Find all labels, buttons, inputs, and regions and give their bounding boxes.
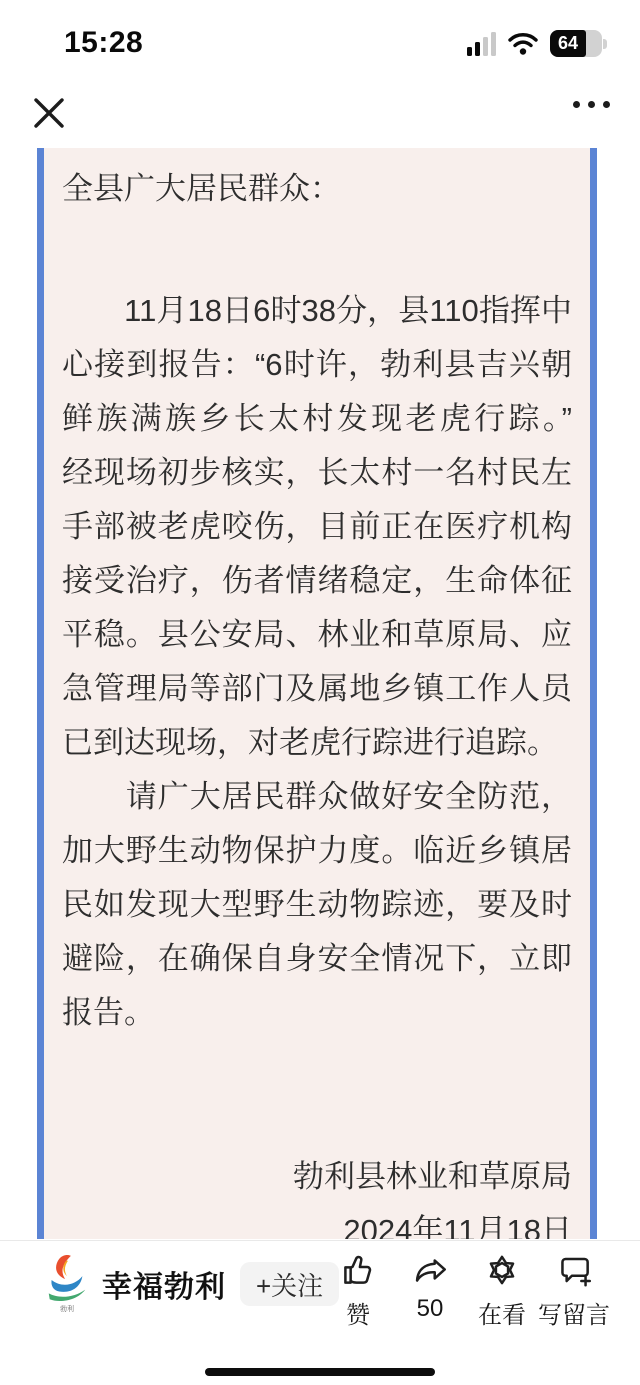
like-button[interactable]: 赞 bbox=[322, 1249, 394, 1330]
notice-line: 民如发现大型野生动物踪迹，要及时 bbox=[62, 878, 572, 932]
more-options-icon[interactable] bbox=[573, 101, 610, 108]
account-info[interactable]: 勃利 幸福勃利 +关注 bbox=[42, 1253, 339, 1315]
battery-percent: 64 bbox=[550, 30, 586, 57]
share-count-label: 50 bbox=[417, 1295, 444, 1323]
account-name: 幸福勃利 bbox=[102, 1262, 226, 1306]
status-time: 15:28 bbox=[64, 26, 143, 60]
notice-line: 加大野生动物保护力度。临近乡镇居 bbox=[62, 824, 572, 878]
notice-text: 全县广大居民群众： 11月18日6时38分，县110指挥中心接到报告：“6时许，… bbox=[44, 148, 590, 1239]
like-label: 赞 bbox=[346, 1295, 370, 1330]
notice-paragraph-1: 11月18日6时38分，县110指挥中心接到报告：“6时许，勃利县吉兴朝鲜族满族… bbox=[62, 284, 572, 770]
wifi-icon bbox=[508, 32, 538, 56]
cellular-signal-icon bbox=[467, 32, 496, 56]
battery-icon: 64 bbox=[550, 30, 602, 57]
bottom-toolbar: 勃利 幸福勃利 +关注 赞 50 bbox=[0, 1240, 640, 1385]
notice-line: 11月18日6时38分，县110指挥中 bbox=[62, 284, 572, 338]
notice-document: 全县广大居民群众： 11月18日6时38分，县110指挥中心接到报告：“6时许，… bbox=[37, 148, 597, 1239]
comment-plus-icon bbox=[553, 1249, 595, 1291]
notice-salutation: 全县广大居民群众： bbox=[62, 162, 572, 216]
screen: 15:28 64 全县广大居民群众： 11月18日6时 bbox=[0, 0, 640, 1385]
notice-date: 2024年11月18日 bbox=[62, 1204, 572, 1239]
notice-line: 鲜族满族乡长太村发现老虎行踪。” bbox=[62, 392, 572, 446]
notice-line: 经现场初步核实，长太村一名村民左 bbox=[62, 446, 572, 500]
wow-star-icon bbox=[481, 1249, 523, 1291]
action-buttons: 赞 50 在看 写留言 bbox=[322, 1249, 610, 1330]
notice-line: 避险，在确保自身安全情况下，立即 bbox=[62, 932, 572, 986]
nav-bar bbox=[0, 85, 640, 140]
notice-line: 手部被老虎咬伤，目前正在医疗机构 bbox=[62, 500, 572, 554]
thumbs-up-icon bbox=[337, 1249, 379, 1291]
notice-line: 已到达现场，对老虎行踪进行追踪。 bbox=[62, 716, 572, 770]
logo-caption: 勃利 bbox=[42, 1304, 92, 1314]
notice-line: 接受治疗，伤者情绪稳定，生命体征 bbox=[62, 554, 572, 608]
share-button[interactable]: 50 bbox=[394, 1249, 466, 1323]
share-arrow-icon bbox=[409, 1249, 451, 1291]
close-icon[interactable] bbox=[32, 96, 66, 130]
notice-line: 平稳。县公安局、林业和草原局、应 bbox=[62, 608, 572, 662]
notice-line: 心接到报告：“6时许，勃利县吉兴朝 bbox=[62, 338, 572, 392]
notice-line: 请广大居民群众做好安全防范， bbox=[62, 770, 572, 824]
home-indicator[interactable] bbox=[205, 1368, 435, 1376]
notice-line: 报告。 bbox=[62, 986, 572, 1040]
status-icons: 64 bbox=[467, 30, 602, 57]
wow-button[interactable]: 在看 bbox=[466, 1249, 538, 1330]
notice-line: 急管理局等部门及属地乡镇工作人员 bbox=[62, 662, 572, 716]
wow-label: 在看 bbox=[478, 1295, 526, 1330]
comment-label: 写留言 bbox=[538, 1295, 610, 1330]
comment-button[interactable]: 写留言 bbox=[538, 1249, 610, 1330]
account-logo: 勃利 bbox=[42, 1253, 92, 1315]
notice-paragraph-2: 请广大居民群众做好安全防范，加大野生动物保护力度。临近乡镇居民如发现大型野生动物… bbox=[62, 770, 572, 1040]
notice-signature: 勃利县林业和草原局 bbox=[62, 1150, 572, 1204]
status-bar: 15:28 64 bbox=[0, 0, 640, 70]
